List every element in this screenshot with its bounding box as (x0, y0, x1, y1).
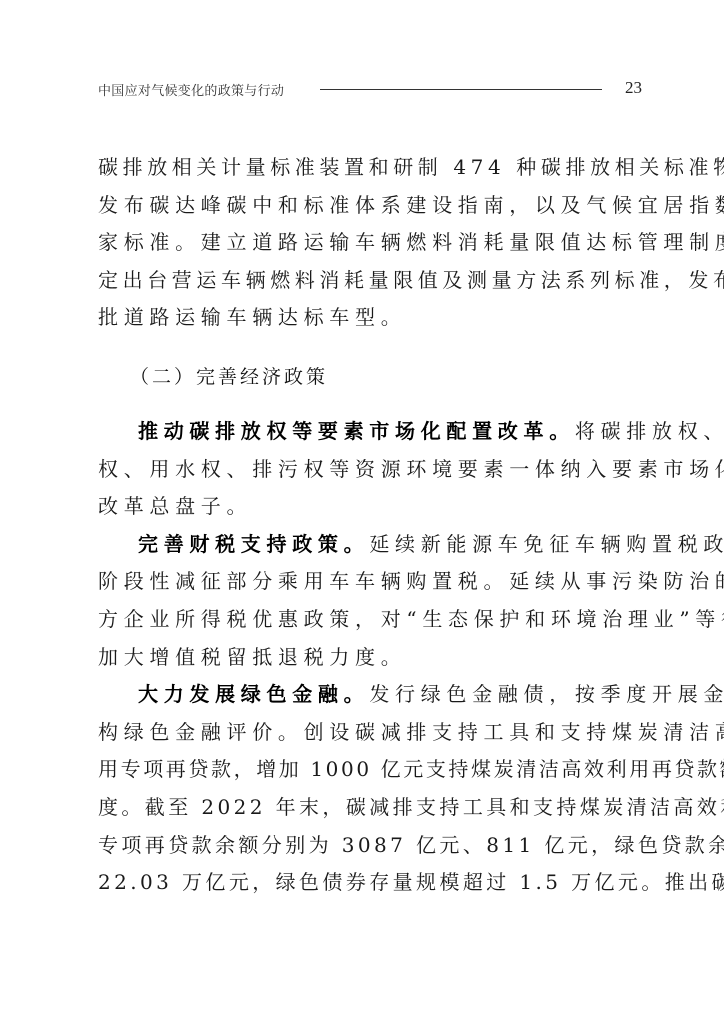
paragraph-text: 发行绿色金融债，按季度开展金融机 (369, 682, 724, 706)
text-line: 发布碳达峰碳中和标准体系建设指南，以及气候宜居指数等国 (98, 190, 628, 228)
text-line: 用专项再贷款，增加 1000 亿元支持煤炭清洁高效利用再贷款额 (98, 754, 628, 792)
section-heading: （二）完善经济政策 (98, 362, 628, 402)
text-line: 改革总盘子。 (98, 491, 628, 529)
text-line: 定出台营运车辆燃料消耗量限值及测量方法系列标准，发布 9 (98, 265, 628, 303)
page-body: 碳排放相关计量标准装置和研制 474 种碳排放相关标准物质。 发布碳达峰碳中和标… (98, 152, 628, 905)
text-line: 度。截至 2022 年末，碳减排支持工具和支持煤炭清洁高效利用 (98, 792, 628, 830)
paragraph-first-line: 大力发展绿色金融。发行绿色金融债，按季度开展金融机 (98, 679, 628, 717)
spacer (98, 402, 628, 416)
paragraph-fiscal-tax: 完善财税支持政策。延续新能源车免征车辆购置税政策， 阶段性减征部分乘用车车辆购置… (98, 529, 628, 679)
text-line: 批道路运输车辆达标车型。 (98, 302, 628, 340)
text-line: 22.03 万亿元，绿色债券存量规模超过 1.5 万亿元。推出碳中和 (98, 867, 628, 905)
intro-paragraph: 碳排放相关计量标准装置和研制 474 种碳排放相关标准物质。 发布碳达峰碳中和标… (98, 152, 628, 340)
page-number: 23 (625, 78, 642, 98)
paragraph-green-finance: 大力发展绿色金融。发行绿色金融债，按季度开展金融机 构绿色金融评价。创设碳减排支… (98, 679, 628, 905)
header-rule (320, 89, 602, 90)
paragraph-first-line: 推动碳排放权等要素市场化配置改革。将碳排放权、用能 (98, 416, 628, 454)
paragraph-lead: 推动碳排放权等要素市场化配置改革。 (138, 419, 575, 443)
spacer (98, 340, 628, 362)
text-line: 专项再贷款余额分别为 3087 亿元、811 亿元，绿色贷款余额 (98, 830, 628, 868)
paragraph-text: 将碳排放权、用能 (575, 419, 724, 443)
text-line: 构绿色金融评价。创设碳减排支持工具和支持煤炭清洁高效利 (98, 717, 628, 755)
paragraph-lead: 大力发展绿色金融。 (138, 682, 369, 706)
text-line: 碳排放相关计量标准装置和研制 474 种碳排放相关标准物质。 (98, 152, 628, 190)
text-line: 阶段性减征部分乘用车车辆购置税。延续从事污染防治的第三 (98, 566, 628, 604)
paragraph-lead: 完善财税支持政策。 (138, 532, 369, 556)
text-line: 权、用水权、排污权等资源环境要素一体纳入要素市场化配置 (98, 454, 628, 492)
text-line: 家标准。建立道路运输车辆燃料消耗量限值达标管理制度，制 (98, 227, 628, 265)
running-header-title: 中国应对气候变化的政策与行动 (98, 80, 284, 99)
text-line: 方企业所得税优惠政策，对“生态保护和环境治理业”等行业 (98, 604, 628, 642)
text-line: 加大增值税留抵退税力度。 (98, 642, 628, 680)
paragraph-first-line: 完善财税支持政策。延续新能源车免征车辆购置税政策， (98, 529, 628, 567)
paragraph-text: 延续新能源车免征车辆购置税政策， (369, 532, 724, 556)
running-header: 中国应对气候变化的政策与行动 23 (98, 78, 644, 102)
paragraph-carbon-market: 推动碳排放权等要素市场化配置改革。将碳排放权、用能 权、用水权、排污权等资源环境… (98, 416, 628, 529)
